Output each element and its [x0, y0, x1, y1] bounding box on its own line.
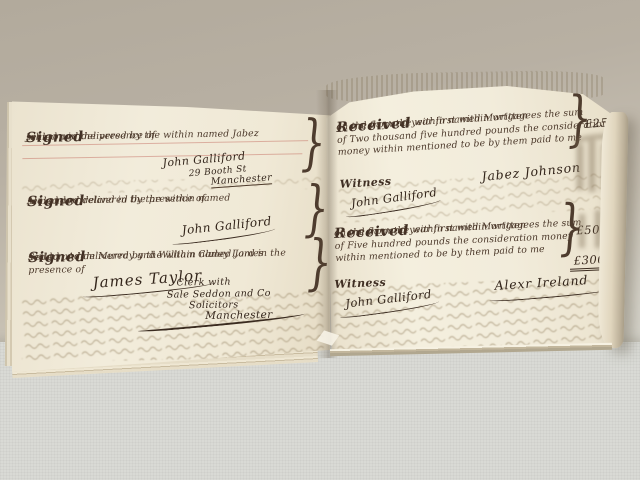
- attestation-block-alexander-ireland: Signedsealed and delivered by the within…: [27, 193, 205, 209]
- attestation-block-jabez-johnson: Signedsealed and delivered by the within…: [26, 130, 156, 145]
- receipt-block-500: Receivedon the day and year first within…: [334, 215, 623, 265]
- witness-label: Witness: [334, 276, 386, 291]
- witness-role-line: Clerk with: [176, 277, 231, 289]
- attestation-line: Alexander Ireland in the presence of: [27, 193, 205, 209]
- photo-backdrop: Signedsealed and delivered by the within…: [0, 0, 640, 480]
- party-signature: Jabez Johnson: [481, 159, 581, 183]
- bleedthrough-writing: [21, 177, 321, 194]
- right-page: Receivedon the day and year first within…: [326, 86, 618, 358]
- witness-label: Witness: [339, 175, 391, 191]
- receipt-block-2500: Receivedon the day and year first within…: [336, 105, 620, 160]
- left-page: Signedsealed and delivered by the within…: [12, 96, 330, 372]
- witness-role-line: Sale Seddon and Co: [167, 288, 271, 301]
- page-curl-edge: [598, 112, 629, 348]
- book-gutter: [316, 90, 338, 358]
- attestation-line: Johnson in the presence of: [26, 130, 156, 145]
